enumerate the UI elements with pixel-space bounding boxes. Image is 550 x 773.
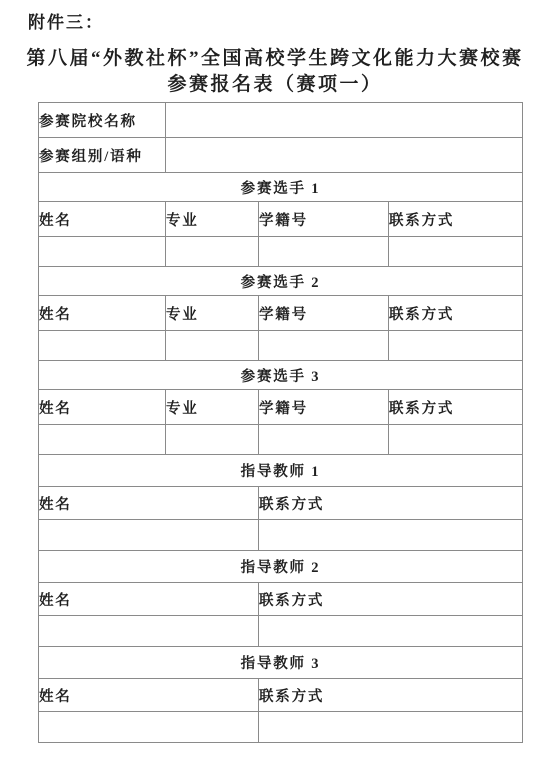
teacher-2-header-row: 姓名 联系方式 — [39, 583, 523, 616]
contestant-2-major-label: 专业 — [166, 296, 259, 331]
contestant-1-name-label: 姓名 — [39, 202, 166, 237]
teacher-3-name-label: 姓名 — [39, 679, 259, 712]
teacher-1-contact-field[interactable] — [259, 520, 523, 551]
contestant-2-name-field[interactable] — [39, 331, 166, 361]
contestant-2-section-title: 参赛选手 2 — [39, 267, 523, 296]
contestant-1-contact-field[interactable] — [389, 237, 523, 267]
contestant-3-major-field[interactable] — [166, 425, 259, 455]
document-title-line2: 参赛报名表（赛项一） — [0, 72, 550, 97]
contestant-3-major-label: 专业 — [166, 390, 259, 425]
teacher-2-contact-label: 联系方式 — [259, 583, 523, 616]
contestant-1-contact-label: 联系方式 — [389, 202, 523, 237]
contestant-1-header-row: 姓名 专业 学籍号 联系方式 — [39, 202, 523, 237]
contestant-1-major-label: 专业 — [166, 202, 259, 237]
contestant-2-input-row — [39, 331, 523, 361]
document-page: 附件三： 第八届“外教社杯”全国高校学生跨文化能力大赛校赛 参赛报名表（赛项一）… — [0, 0, 550, 743]
teacher-3-contact-label: 联系方式 — [259, 679, 523, 712]
teacher-3-section-title: 指导教师 3 — [39, 647, 523, 679]
contestant-2-student-id-field[interactable] — [259, 331, 389, 361]
teacher-2-contact-field[interactable] — [259, 616, 523, 647]
teacher-3-input-row — [39, 712, 523, 743]
teacher-2-input-row — [39, 616, 523, 647]
contestant-2-contact-field[interactable] — [389, 331, 523, 361]
contestant-3-input-row — [39, 425, 523, 455]
school-name-label: 参赛院校名称 — [39, 103, 166, 138]
contestant-2-contact-label: 联系方式 — [389, 296, 523, 331]
teacher-2-name-label: 姓名 — [39, 583, 259, 616]
contestant-3-section-row: 参赛选手 3 — [39, 361, 523, 390]
teacher-2-section-title: 指导教师 2 — [39, 551, 523, 583]
group-language-field[interactable] — [166, 138, 523, 173]
teacher-1-name-label: 姓名 — [39, 487, 259, 520]
school-name-field[interactable] — [166, 103, 523, 138]
teacher-2-section-row: 指导教师 2 — [39, 551, 523, 583]
contestant-3-student-id-field[interactable] — [259, 425, 389, 455]
teacher-3-header-row: 姓名 联系方式 — [39, 679, 523, 712]
teacher-3-section-row: 指导教师 3 — [39, 647, 523, 679]
teacher-2-name-field[interactable] — [39, 616, 259, 647]
teacher-1-input-row — [39, 520, 523, 551]
contestant-1-name-field[interactable] — [39, 237, 166, 267]
teacher-3-name-field[interactable] — [39, 712, 259, 743]
contestant-1-major-field[interactable] — [166, 237, 259, 267]
contestant-1-input-row — [39, 237, 523, 267]
teacher-1-name-field[interactable] — [39, 520, 259, 551]
contestant-3-student-id-label: 学籍号 — [259, 390, 389, 425]
teacher-1-header-row: 姓名 联系方式 — [39, 487, 523, 520]
document-title-line1: 第八届“外教社杯”全国高校学生跨文化能力大赛校赛 — [0, 46, 550, 71]
contestant-1-student-id-label: 学籍号 — [259, 202, 389, 237]
contestant-2-header-row: 姓名 专业 学籍号 联系方式 — [39, 296, 523, 331]
school-name-row: 参赛院校名称 — [39, 103, 523, 138]
teacher-1-section-title: 指导教师 1 — [39, 455, 523, 487]
group-language-label: 参赛组别/语种 — [39, 138, 166, 173]
teacher-3-contact-field[interactable] — [259, 712, 523, 743]
contestant-2-major-field[interactable] — [166, 331, 259, 361]
contestant-3-contact-field[interactable] — [389, 425, 523, 455]
contestant-2-section-row: 参赛选手 2 — [39, 267, 523, 296]
group-language-row: 参赛组别/语种 — [39, 138, 523, 173]
contestant-3-contact-label: 联系方式 — [389, 390, 523, 425]
contestant-3-header-row: 姓名 专业 学籍号 联系方式 — [39, 390, 523, 425]
teacher-1-contact-label: 联系方式 — [259, 487, 523, 520]
registration-form-table: 参赛院校名称 参赛组别/语种 参赛选手 1 姓名 专业 学籍号 联系方式 参赛选… — [38, 102, 523, 743]
attachment-label: 附件三： — [0, 0, 550, 33]
contestant-1-student-id-field[interactable] — [259, 237, 389, 267]
contestant-1-section-title: 参赛选手 1 — [39, 173, 523, 202]
contestant-3-name-field[interactable] — [39, 425, 166, 455]
contestant-1-section-row: 参赛选手 1 — [39, 173, 523, 202]
contestant-3-name-label: 姓名 — [39, 390, 166, 425]
teacher-1-section-row: 指导教师 1 — [39, 455, 523, 487]
contestant-2-name-label: 姓名 — [39, 296, 166, 331]
contestant-3-section-title: 参赛选手 3 — [39, 361, 523, 390]
contestant-2-student-id-label: 学籍号 — [259, 296, 389, 331]
